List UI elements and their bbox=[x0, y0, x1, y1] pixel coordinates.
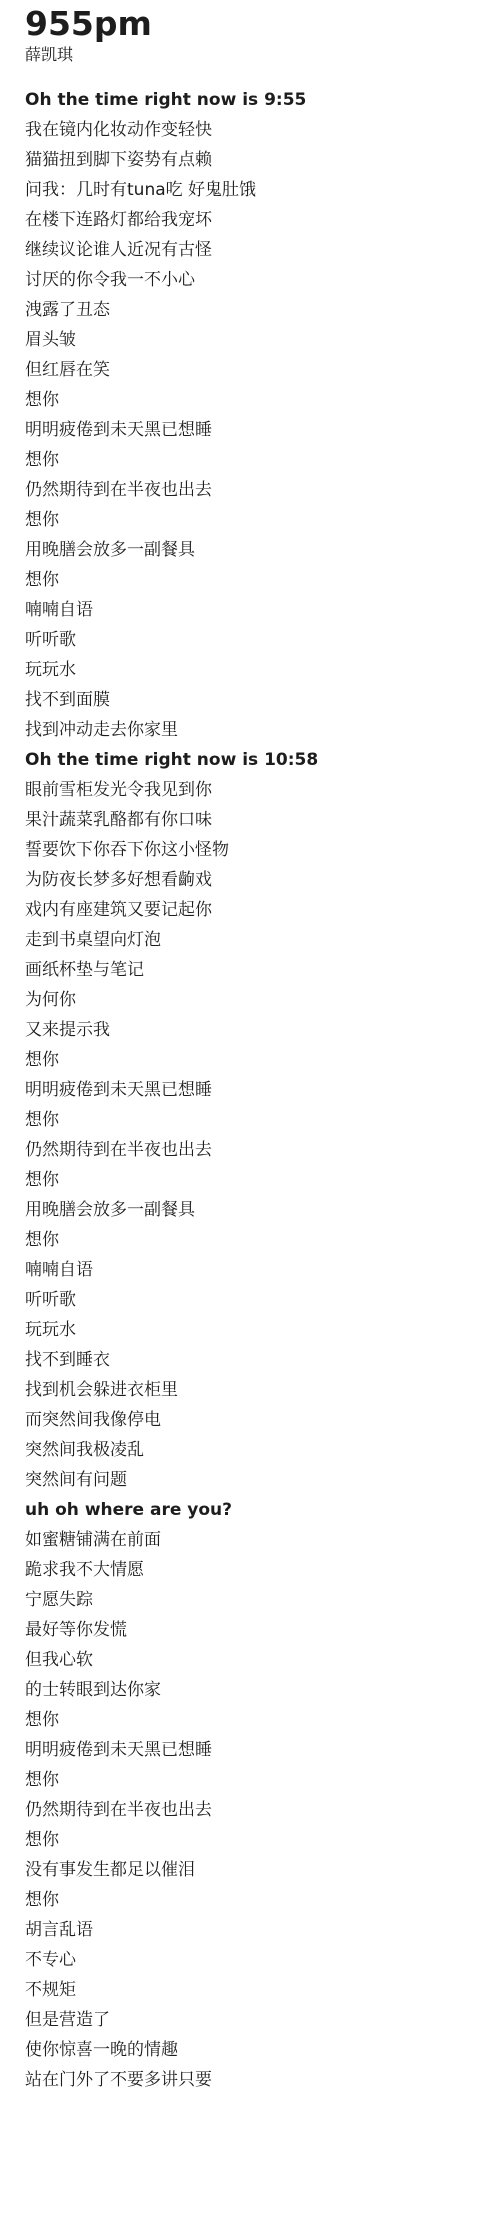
lyric-line: 突然间有问题 bbox=[25, 1465, 485, 1495]
lyric-line: 想你 bbox=[25, 565, 485, 595]
lyric-line: 继续议论谁人近况有古怪 bbox=[25, 235, 485, 265]
lyric-line: uh oh where are you? bbox=[25, 1495, 485, 1525]
lyric-line: 用晚膳会放多一副餐具 bbox=[25, 1195, 485, 1225]
lyric-line: 问我：几时有tuna吃 好鬼肚饿 bbox=[25, 175, 485, 205]
lyric-line: 找不到面膜 bbox=[25, 685, 485, 715]
lyric-line: 仍然期待到在半夜也出去 bbox=[25, 1135, 485, 1165]
lyric-line: 突然间我极凌乱 bbox=[25, 1435, 485, 1465]
lyric-line: 的士转眼到达你家 bbox=[25, 1675, 485, 1705]
lyrics-page: 955pm 薛凯琪 Oh the time right now is 9:55我… bbox=[25, 6, 485, 2095]
lyric-line: 又来提示我 bbox=[25, 1015, 485, 1045]
lyric-line: 听听歌 bbox=[25, 1285, 485, 1315]
lyric-line: 明明疲倦到未天黑已想睡 bbox=[25, 1735, 485, 1765]
lyric-line: 找不到睡衣 bbox=[25, 1345, 485, 1375]
lyric-line: 最好等你发慌 bbox=[25, 1615, 485, 1645]
lyric-line: 我在镜内化妆动作变轻快 bbox=[25, 115, 485, 145]
lyric-line: Oh the time right now is 9:55 bbox=[25, 85, 485, 115]
lyric-line: 画纸杯垫与笔记 bbox=[25, 955, 485, 985]
lyric-line: 誓要饮下你吞下你这小怪物 bbox=[25, 835, 485, 865]
lyric-line: 想你 bbox=[25, 1825, 485, 1855]
lyric-line: 洩露了丑态 bbox=[25, 295, 485, 325]
lyric-line: 仍然期待到在半夜也出去 bbox=[25, 475, 485, 505]
lyric-line: 但我心软 bbox=[25, 1645, 485, 1675]
lyric-line: 讨厌的你令我一不小心 bbox=[25, 265, 485, 295]
lyric-line: 走到书桌望向灯泡 bbox=[25, 925, 485, 955]
lyric-line: 想你 bbox=[25, 1705, 485, 1735]
lyric-line: 找到机会躲进衣柜里 bbox=[25, 1375, 485, 1405]
lyric-line: 但红唇在笑 bbox=[25, 355, 485, 385]
lyric-line: 宁愿失踪 bbox=[25, 1585, 485, 1615]
lyric-line: 而突然间我像停电 bbox=[25, 1405, 485, 1435]
lyric-line: 明明疲倦到未天黑已想睡 bbox=[25, 415, 485, 445]
lyric-line: 想你 bbox=[25, 385, 485, 415]
lyric-line: 如蜜糖铺满在前面 bbox=[25, 1525, 485, 1555]
lyric-line: 为何你 bbox=[25, 985, 485, 1015]
lyric-line: 想你 bbox=[25, 445, 485, 475]
lyric-line: 仍然期待到在半夜也出去 bbox=[25, 1795, 485, 1825]
lyric-line: 想你 bbox=[25, 1165, 485, 1195]
lyric-line: 玩玩水 bbox=[25, 1315, 485, 1345]
lyric-line: 明明疲倦到未天黑已想睡 bbox=[25, 1075, 485, 1105]
lyric-line: 玩玩水 bbox=[25, 655, 485, 685]
lyric-line: 在楼下连路灯都给我宠坏 bbox=[25, 205, 485, 235]
lyric-line: 戏内有座建筑又要记起你 bbox=[25, 895, 485, 925]
lyric-line: 想你 bbox=[25, 1765, 485, 1795]
lyric-line: 想你 bbox=[25, 505, 485, 535]
lyric-line: 眉头皱 bbox=[25, 325, 485, 355]
artist-name: 薛凯琪 bbox=[25, 45, 485, 64]
lyric-line: 使你惊喜一晚的情趣 bbox=[25, 2035, 485, 2065]
lyric-line: 猫猫扭到脚下姿势有点赖 bbox=[25, 145, 485, 175]
lyric-line: 想你 bbox=[25, 1225, 485, 1255]
lyric-line: 听听歌 bbox=[25, 625, 485, 655]
lyrics-body: Oh the time right now is 9:55我在镜内化妆动作变轻快… bbox=[25, 85, 485, 2095]
lyric-line: 喃喃自语 bbox=[25, 595, 485, 625]
lyric-line: 但是营造了 bbox=[25, 2005, 485, 2035]
lyric-line: 想你 bbox=[25, 1105, 485, 1135]
lyric-line: 果汁蔬菜乳酪都有你口味 bbox=[25, 805, 485, 835]
lyric-line: 没有事发生都足以催泪 bbox=[25, 1855, 485, 1885]
lyric-line: 用晚膳会放多一副餐具 bbox=[25, 535, 485, 565]
lyric-line: 跪求我不大情愿 bbox=[25, 1555, 485, 1585]
lyric-line: 站在门外了不要多讲只要 bbox=[25, 2065, 485, 2095]
lyric-line: Oh the time right now is 10:58 bbox=[25, 745, 485, 775]
lyric-line: 眼前雪柜发光令我见到你 bbox=[25, 775, 485, 805]
lyric-line: 不规矩 bbox=[25, 1975, 485, 2005]
lyric-line: 想你 bbox=[25, 1045, 485, 1075]
lyric-line: 不专心 bbox=[25, 1945, 485, 1975]
lyric-line: 想你 bbox=[25, 1885, 485, 1915]
lyric-line: 胡言乱语 bbox=[25, 1915, 485, 1945]
lyric-line: 找到冲动走去你家里 bbox=[25, 715, 485, 745]
lyric-line: 为防夜长梦多好想看齣戏 bbox=[25, 865, 485, 895]
lyric-line: 喃喃自语 bbox=[25, 1255, 485, 1285]
page-title: 955pm bbox=[25, 6, 485, 42]
